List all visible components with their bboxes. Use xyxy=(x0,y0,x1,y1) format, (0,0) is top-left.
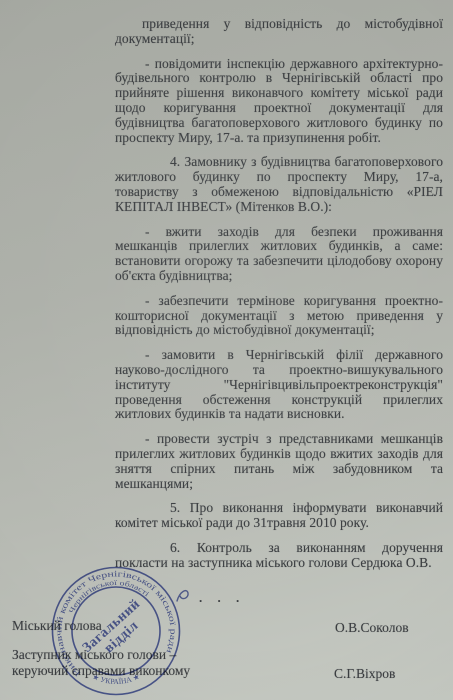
paragraph-numbered: 5. Про виконання інформувати виконавчий … xyxy=(115,501,443,531)
separator-dots: . . . xyxy=(199,590,245,606)
scanned-document-page: приведення у відповідність до містобудів… xyxy=(0,0,453,700)
round-official-stamp: Виконавчий комітет Чернігівської міської… xyxy=(50,565,182,697)
paragraph-dash: - вжити заходів для безпеки проживання м… xyxy=(115,225,443,284)
ink-squiggle-path xyxy=(177,591,188,601)
paragraph-dash: - провести зустріч з представниками мешк… xyxy=(115,432,443,491)
ink-squiggle-mark xyxy=(174,584,198,608)
paragraph-dash: - замовити в Чернігівській філії державн… xyxy=(115,348,443,422)
document-body: приведення у відповідність до містобудів… xyxy=(115,17,443,581)
signature-name-mayor: О.В.Соколов xyxy=(335,620,409,636)
stamp-country-text: ★ УКРАЇНА ★ xyxy=(91,672,141,686)
signature-name-deputy: С.Г.Віхров xyxy=(334,666,395,682)
paragraph-continuation: приведення у відповідність до містобудів… xyxy=(115,17,443,47)
paragraph-dash: - забезпечити термінове коригування прое… xyxy=(115,294,443,338)
stamp-center-text: Загальний відділ xyxy=(80,597,153,667)
paragraph-dash: - повідомити інспекцію державного архіте… xyxy=(115,57,443,146)
paragraph-numbered: 4. Замовнику з будівництва багатоповерхо… xyxy=(115,155,443,214)
